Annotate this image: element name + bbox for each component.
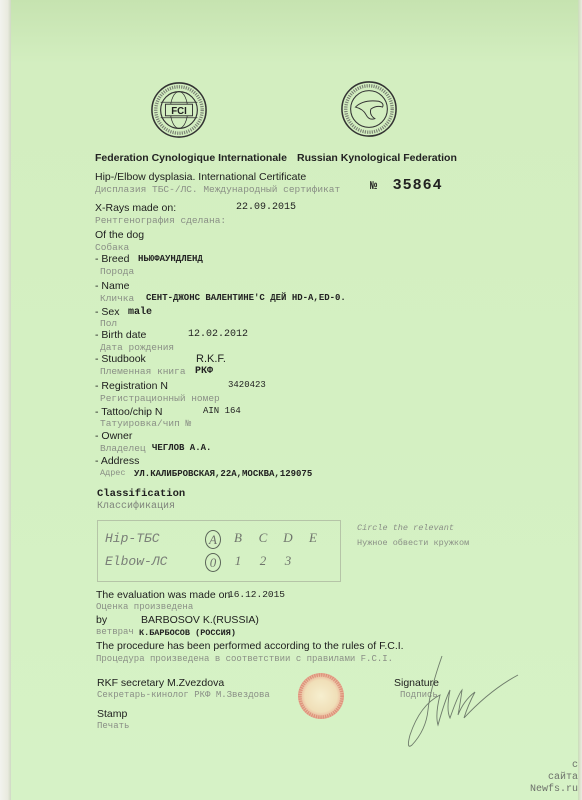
- dog-label-ru: Собака: [95, 242, 129, 253]
- signature-scribble-icon: [400, 650, 520, 760]
- tattoo-value: AIN 164: [203, 406, 241, 416]
- birth-date-label-ru: Дата рождения: [100, 342, 174, 353]
- breed-value: НЬЮФАУНДЛЕНД: [138, 254, 203, 264]
- hip-grade-C: C: [255, 530, 271, 546]
- name-label-en: - Name: [95, 280, 129, 292]
- by-label-en: by: [96, 614, 107, 626]
- secretary-ru: Секретарь-кинолог РКФ М.Звездова: [97, 690, 270, 700]
- elbow-grade-3: 3: [280, 553, 296, 569]
- paper-edge-right: [578, 0, 582, 800]
- rkf-name: Russian Kynological Federation: [297, 152, 457, 164]
- tattoo-label-en: - Tattoo/chip N: [95, 406, 163, 418]
- owner-label-ru: Владелец: [100, 443, 146, 454]
- certificate-number-value: 35864: [393, 177, 443, 194]
- evaluation-date: 16.12.2015: [228, 589, 285, 600]
- dog-label-en: Of the dog: [95, 229, 144, 241]
- elbow-label: Elbow-ЛС: [105, 554, 167, 569]
- by-value-ru: К.БАРБОСОВ (РОССИЯ): [139, 628, 236, 638]
- certificate-number: № 35864: [370, 176, 443, 194]
- rkf-logo-icon: [340, 80, 398, 138]
- by-value-en: BARBOSOV K.(RUSSIA): [141, 614, 259, 626]
- evaluation-label-en: The evaluation was made on: [96, 589, 230, 601]
- elbow-grade-1: 1: [230, 553, 246, 569]
- studbook-label-en: - Studbook: [95, 353, 146, 365]
- birth-date-value: 12.02.2012: [188, 329, 248, 340]
- address-label-en: - Address: [95, 455, 139, 467]
- owner-label-en: - Owner: [95, 430, 132, 442]
- certificate-title-en: Hip-/Elbow dysplasia. International Cert…: [95, 171, 306, 183]
- breed-label-ru: Порода: [100, 266, 134, 277]
- hip-label: Hip-ТБС: [105, 531, 160, 546]
- registration-label-ru: Регистрационный номер: [100, 393, 220, 404]
- procedure-ru: Процедура произведена в соответствии с п…: [96, 654, 393, 664]
- studbook-value-en: R.K.F.: [196, 353, 226, 365]
- breed-label-en: - Breed: [95, 253, 129, 265]
- svg-text:FCI: FCI: [171, 106, 187, 117]
- watermark-line-1: с: [530, 760, 578, 772]
- tattoo-label-ru: Татуировка/чип №: [100, 418, 191, 429]
- owner-value: ЧЕГЛОВ А.А.: [152, 443, 211, 453]
- stamp-label-ru: Печать: [97, 721, 129, 731]
- elbow-grade-2: 2: [255, 553, 271, 569]
- studbook-label-ru: Племенная книга: [100, 366, 186, 377]
- xray-date: 22.09.2015: [236, 202, 296, 213]
- registration-value: 3420423: [228, 380, 266, 390]
- name-label-ru: Кличка: [100, 293, 134, 304]
- stamp-seal-icon: [297, 672, 345, 720]
- xray-label-en: X-Rays made on:: [95, 202, 176, 214]
- certificate-title-ru: Дисплазия ТБС-/ЛС. Международный сертифи…: [95, 184, 340, 195]
- classification-title-ru: Классификация: [97, 501, 175, 512]
- watermark-line-3: Newfs.ru: [530, 784, 578, 796]
- address-value: УЛ.КАЛИБРОВСКАЯ,22А,МОСКВА,129075: [134, 469, 312, 479]
- classification-title-en: Classification: [97, 488, 185, 500]
- birth-date-label-en: - Birth date: [95, 329, 146, 341]
- hint-en: Circle the relevant: [357, 523, 454, 533]
- fci-logo-icon: FCI: [150, 81, 208, 139]
- hip-grade-A: A: [205, 530, 221, 549]
- by-label-ru: ветврач: [96, 627, 134, 637]
- secretary-en: RKF secretary M.Zvezdova: [97, 677, 224, 689]
- xray-label-ru: Рентгенография сделана:: [95, 215, 226, 226]
- hip-grade-E: E: [305, 530, 321, 546]
- evaluation-label-ru: Оценка произведена: [96, 602, 193, 612]
- stamp-label-en: Stamp: [97, 708, 127, 720]
- sex-label-ru: Пол: [100, 318, 117, 329]
- number-sign: №: [370, 179, 378, 193]
- hip-grade-B: B: [230, 530, 246, 546]
- registration-label-en: - Registration N: [95, 380, 168, 392]
- studbook-value-ru: РКФ: [195, 366, 213, 377]
- procedure-en: The procedure has been performed accordi…: [96, 640, 404, 652]
- sex-label-en: - Sex: [95, 306, 120, 318]
- paper-edge-left: [0, 0, 11, 800]
- elbow-grade-0: 0: [205, 553, 221, 572]
- sex-value: male: [128, 307, 152, 318]
- watermark-line-2: сайта: [530, 772, 578, 784]
- site-watermark: с сайта Newfs.ru: [530, 760, 578, 796]
- hint-ru: Нужное обвести кружком: [357, 538, 469, 548]
- address-label-ru: Адрес: [100, 468, 126, 478]
- hip-grade-D: D: [280, 530, 296, 546]
- dog-name-value: СЕНТ-ДЖОНС ВАЛЕНТИНЕ'С ДЕЙ HD-A,ED-0.: [146, 293, 346, 303]
- fci-name: Federation Cynologique Internationale: [95, 152, 287, 164]
